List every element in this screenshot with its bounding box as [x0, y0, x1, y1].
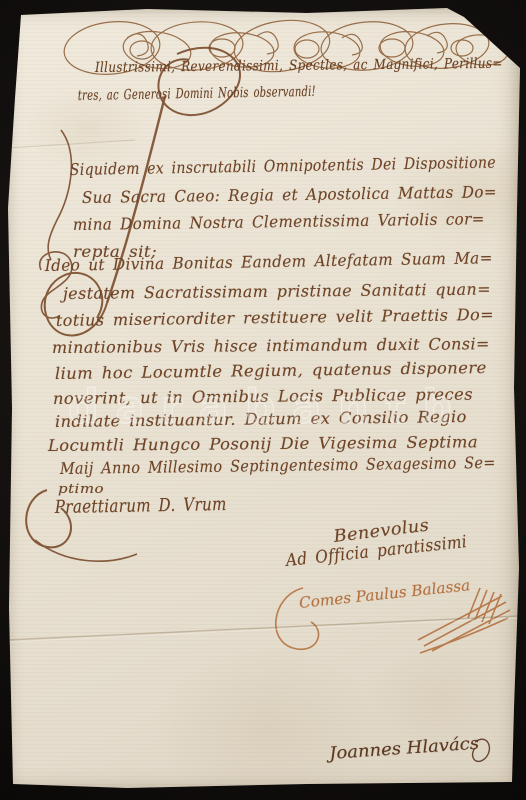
paragraph1-line-2: Sua Sacra Caeo: Regia et Apostolica Matt… [82, 182, 497, 207]
paragraph2-line-10: ptimo [58, 482, 104, 497]
photo-background: Illustrissimi, Reverendissimi, Spectles,… [0, 0, 526, 800]
salutation-line-2: tres, ac Generosi Domini Nobis observand… [78, 84, 316, 104]
signature-hlavacs: Joannes Hlavács [329, 734, 480, 764]
paragraph1-line-1: Siquidem ex inscrutabili Omnipotentis De… [70, 153, 496, 179]
auction-watermark: darabanth [68, 380, 470, 432]
paragraph2-line-3: totius misericorditer restituere velit P… [56, 305, 494, 330]
salutation-line-1: Illustrissimi, Reverendissimi, Spectles,… [95, 56, 503, 76]
paragraph2-line-9: Maij Anno Millesimo Septingentesimo Sexa… [60, 453, 496, 478]
closing-left-abbreviation: Praettiarum D. Vrum [55, 494, 227, 518]
manuscript-paper: Illustrissimi, Reverendissimi, Spectles,… [7, 8, 520, 789]
paragraph1-line-3: mina Domina Nostra Clementissima Varioli… [73, 209, 485, 234]
paragraph2-line-8: Locumtli Hungco Posonij Die Vigesima Sep… [48, 432, 478, 455]
signature-balassa: Comes Paulus Balassa [298, 576, 471, 612]
paragraph2-line-4: minationibus Vris hisce intimandum duxit… [52, 334, 490, 357]
paragraph2-line-2: jestatem Sacratissimam pristinae Sanitat… [63, 280, 491, 303]
